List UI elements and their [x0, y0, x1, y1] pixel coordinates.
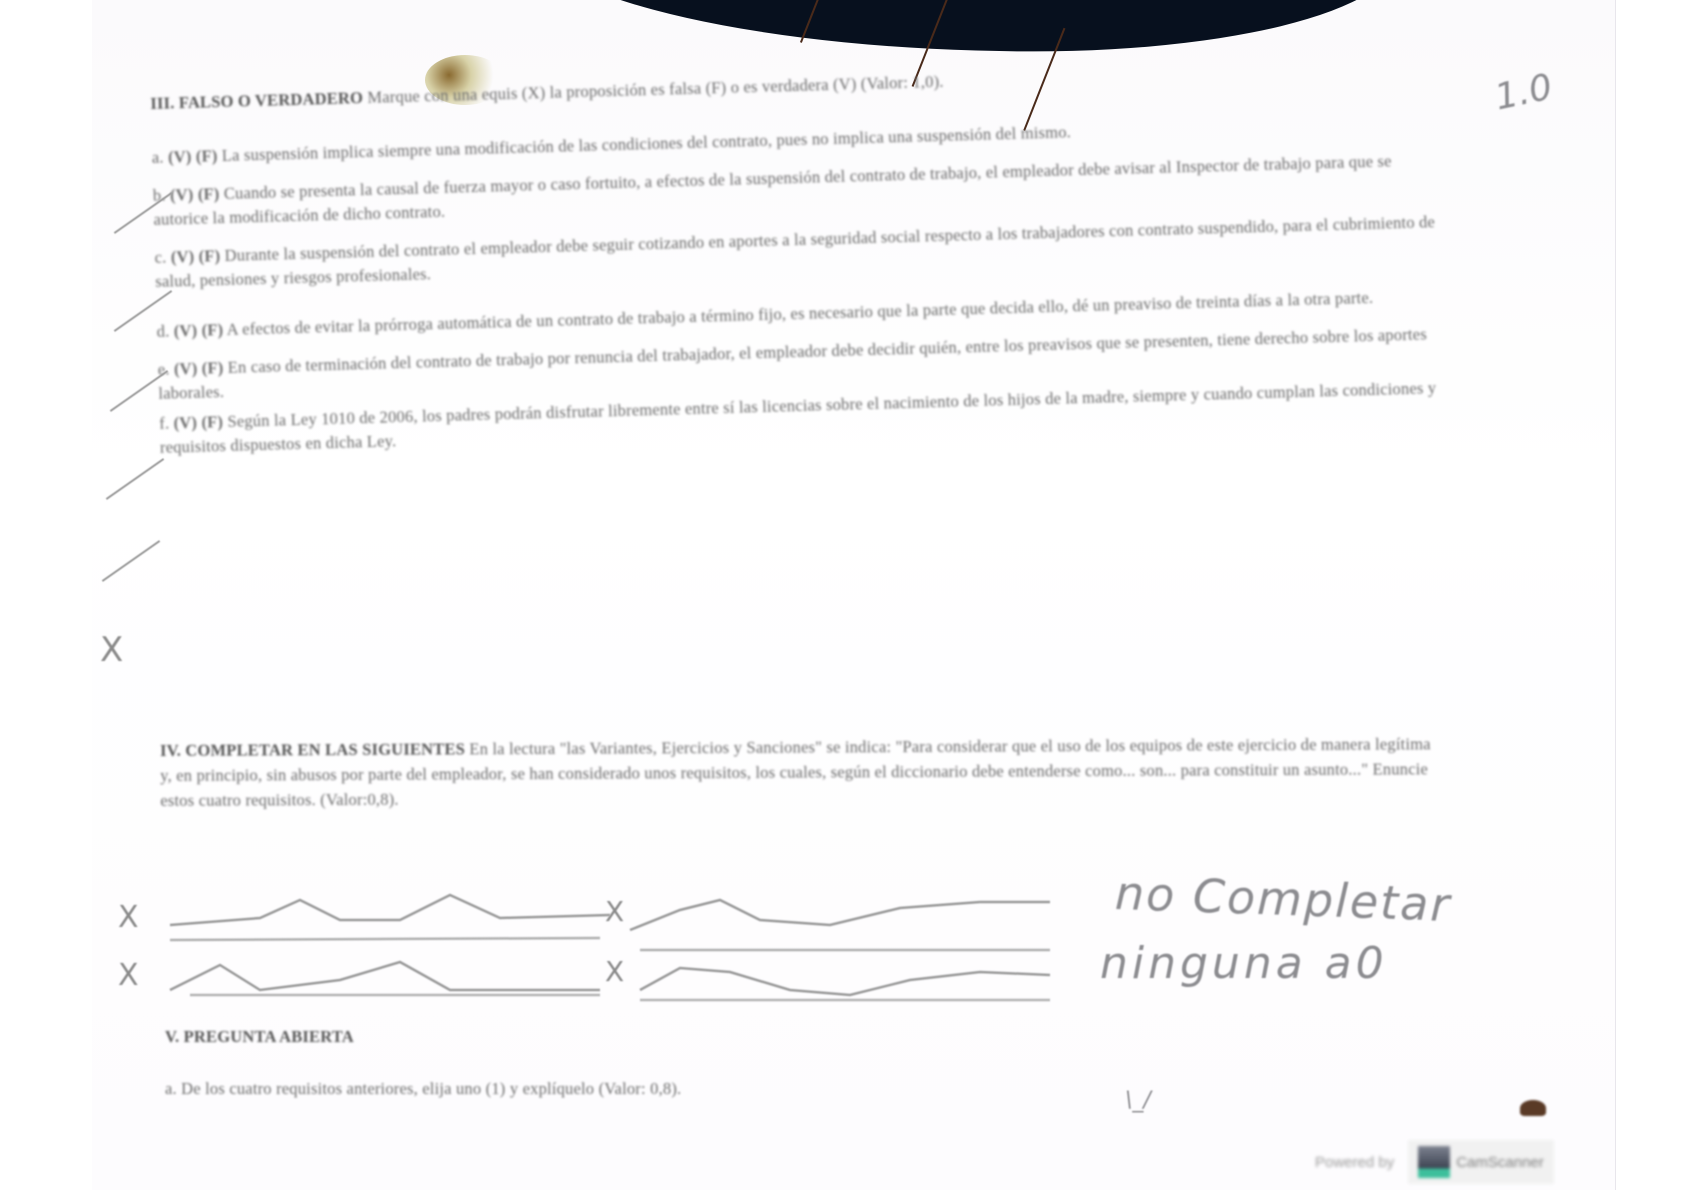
scanner-watermark: Powered by CamScanner	[1315, 1140, 1554, 1184]
handwritten-blank-mark: \_/	[1125, 1088, 1151, 1113]
section-iii-title: III. FALSO O VERDADERO	[150, 88, 363, 113]
photo-background-right	[1615, 0, 1684, 1190]
question-text: La suspensión implica siempre una modifi…	[222, 122, 1072, 165]
photo-background-left	[0, 0, 92, 1190]
camscanner-logo-icon	[1418, 1146, 1450, 1178]
ink-smudge	[1520, 1100, 1546, 1116]
x-mark-icon: X	[118, 900, 139, 935]
exam-content: III. FALSO O VERDADERO Marque con una eq…	[150, 56, 1450, 460]
handwritten-answer-line-2: ninguna a0	[1100, 938, 1388, 989]
section-v-question: a. De los cuatro requisitos anteriores, …	[165, 1077, 1455, 1101]
watermark-prefix: Powered by	[1315, 1154, 1394, 1171]
section-iv: IV. COMPLETAR EN LAS SIGUIENTES En la le…	[160, 731, 1435, 813]
section-v-title: V. PREGUNTA ABIERTA	[165, 1025, 1455, 1049]
watermark-badge: CamScanner	[1408, 1140, 1554, 1184]
section-v: V. PREGUNTA ABIERTA a. De los cuatro req…	[165, 1025, 1455, 1101]
x-mark-icon: X	[118, 958, 139, 993]
scribble-line	[150, 880, 1070, 1010]
watermark-brand: CamScanner	[1456, 1154, 1544, 1171]
section-iv-title: IV. COMPLETAR EN LAS SIGUIENTES	[160, 739, 465, 760]
x-mark-icon: X	[100, 630, 123, 670]
